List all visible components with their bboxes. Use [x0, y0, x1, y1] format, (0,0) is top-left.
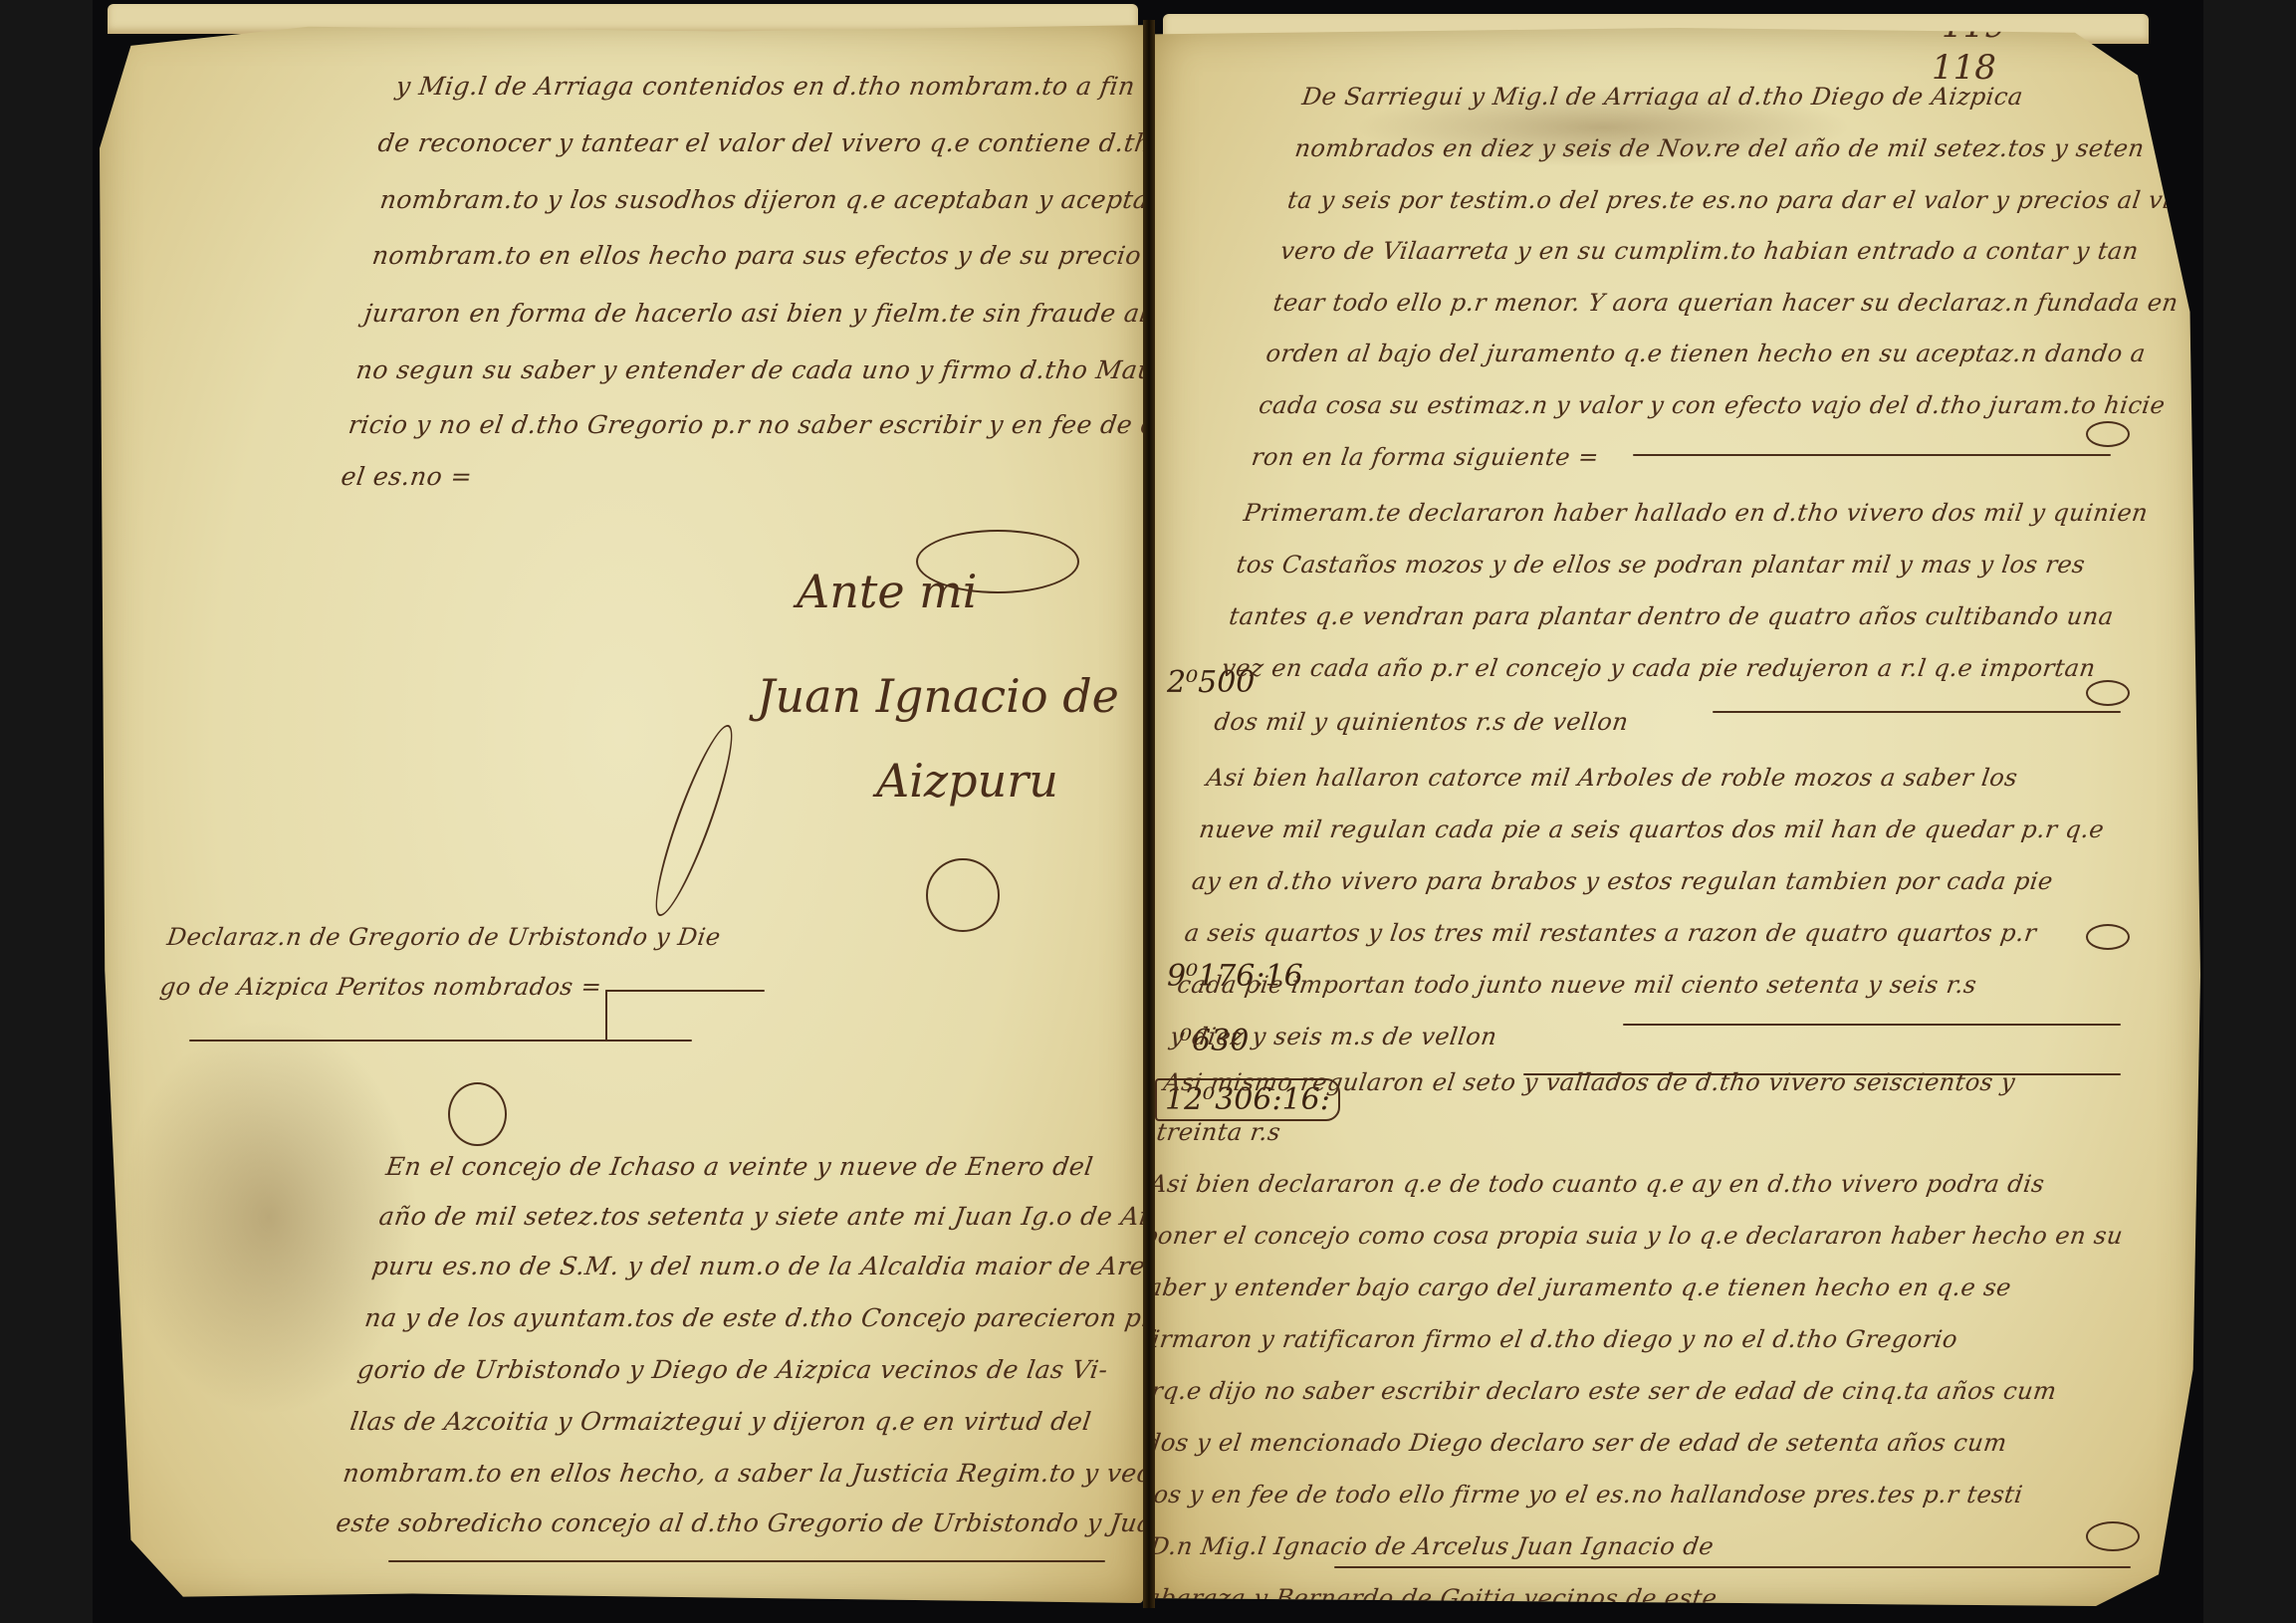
- text-line: ricio y no el d.tho Gregorio p.r no sabe…: [346, 410, 1229, 439]
- text-line: dos mil y quinientos r.s de vellon: [1213, 708, 1631, 736]
- heading-underline: [189, 1040, 692, 1042]
- text-line: De Sarriegui y Mig.l de Arriaga al d.tho…: [1300, 83, 2025, 111]
- text-line: nombram.to en ellos hecho para sus efect…: [370, 241, 1263, 270]
- text-line: y diez y seis m.s de vellon: [1168, 1023, 1498, 1050]
- rule-flourish: [2086, 421, 2130, 447]
- closing-rule: [388, 1560, 1105, 1562]
- line-fill-rule: [1523, 1073, 2121, 1075]
- text-line: el es.no =: [340, 462, 474, 491]
- text-line: En el concejo de Ichaso a veinte y nueve…: [384, 1152, 1095, 1181]
- text-line: cada pie importan todo junto nueve mil c…: [1176, 971, 1978, 999]
- text-line: cada cosa su estimaz.n y valor y con efe…: [1257, 391, 2167, 419]
- text-line: poner el concejo como cosa propia suia y…: [1140, 1222, 2125, 1250]
- left-page: y Mig.l de Arriaga contenidos en d.tho n…: [100, 22, 1143, 1603]
- closing-rule: [1334, 1566, 2131, 1568]
- text-line: Asi bien declararon q.e de todo cuanto q…: [1148, 1170, 2047, 1198]
- heading-line: Declaraz.n de Gregorio de Urbistondo y D…: [165, 923, 723, 951]
- text-line: treinta r.s: [1155, 1118, 1282, 1146]
- initial-flourish: [448, 1082, 507, 1146]
- text-line: afirmaron y ratificaron firmo el d.tho d…: [1126, 1325, 1959, 1353]
- text-line: no segun su saber y entender de cada uno…: [354, 355, 1165, 384]
- book-gutter: [1143, 20, 1155, 1608]
- line-fill-rule: [1713, 711, 2121, 713]
- text-line: nueve mil regulan cada pie a seis quarto…: [1198, 815, 2107, 843]
- text-line: tantes q.e vendran para plantar dentro d…: [1228, 602, 2116, 630]
- line-fill-rule: [1623, 1024, 2121, 1026]
- text-line: tos Castaños mozos y de ellos se podran …: [1235, 551, 2087, 579]
- text-line: ta y seis por testim.o del pres.te es.no…: [1285, 186, 2173, 214]
- rule-flourish: [2086, 680, 2130, 706]
- heading-line: go de Aizpica Peritos nombrados =: [158, 973, 603, 1001]
- signature-flourish: [643, 719, 745, 921]
- line-fill-rule: [1633, 454, 2111, 456]
- text-line: porq.e dijo no saber escribir declaro es…: [1118, 1377, 2058, 1405]
- right-page: 119 118 2⁰500 9⁰176:16 ⁰630 12⁰306:16: D…: [1155, 28, 2200, 1606]
- text-line: juraron en forma de hacerlo asi bien y f…: [362, 299, 1183, 328]
- text-line: vero de Vilaarreta y en su cumplim.to ha…: [1278, 237, 2141, 265]
- text-line: y Mig.l de Arriaga contenidos en d.tho n…: [394, 72, 1137, 101]
- text-line: vez en cada año p.r el concejo y cada pi…: [1220, 654, 2097, 682]
- text-line: este sobredicho concejo al d.tho Gregori…: [335, 1508, 1172, 1537]
- text-line: nombram.to en ellos hecho, a saber la Ju…: [342, 1459, 1248, 1488]
- text-line: ay en d.tho vivero para brabos y estos r…: [1190, 867, 2054, 895]
- heading-bracket-top: [605, 990, 765, 992]
- text-line: Primeram.te declararon haber hallado en …: [1242, 499, 2150, 527]
- text-line: nombram.to y los susodhos dijeron q.e ac…: [378, 185, 1228, 214]
- text-line: Asi bien hallaron catorce mil Arboles de…: [1205, 764, 2019, 792]
- text-line: plidos y el mencionado Diego declaro ser…: [1111, 1429, 2009, 1457]
- heading-bracket: [605, 990, 607, 1042]
- text-line: llas de Azcoitia y Ormaiztegui y dijeron…: [348, 1407, 1093, 1436]
- text-line: orden al bajo del juramento q.e tienen h…: [1264, 340, 2148, 367]
- text-line: nombrados en diez y seis de Nov.re del a…: [1293, 134, 2147, 162]
- text-line: gos D.n Mig.l Ignacio de Arcelus Juan Ig…: [1096, 1532, 1716, 1560]
- text-line: saber y entender bajo cargo del jurament…: [1133, 1274, 2013, 1301]
- text-line: puru es.no de S.M. y del num.o de la Alc…: [370, 1252, 1147, 1280]
- text-line: ron en la forma siguiente =: [1250, 443, 1601, 471]
- rule-flourish: [2086, 1521, 2140, 1551]
- rule-flourish: [2086, 924, 2130, 950]
- signature-flourish: [926, 858, 1000, 932]
- folio-number-old: 118: [1932, 48, 1996, 88]
- text-line: tear todo ello p.r menor. Y aora querian…: [1271, 289, 2181, 317]
- signature-surname: Aizpuru: [876, 754, 1058, 808]
- text-line: de reconocer y tantear el valor del vive…: [376, 128, 1169, 157]
- signature-name: Juan Ignacio de: [757, 669, 1119, 723]
- text-line: año de mil setez.tos setenta y siete ant…: [377, 1202, 1173, 1231]
- text-line: plidos y en fee de todo ello firme yo el…: [1104, 1481, 2025, 1508]
- text-line: gorio de Urbistondo y Diego de Aizpica v…: [355, 1355, 1109, 1384]
- text-line: a seis quartos y los tres mil restantes …: [1183, 919, 2038, 947]
- signature-flourish: [916, 530, 1079, 593]
